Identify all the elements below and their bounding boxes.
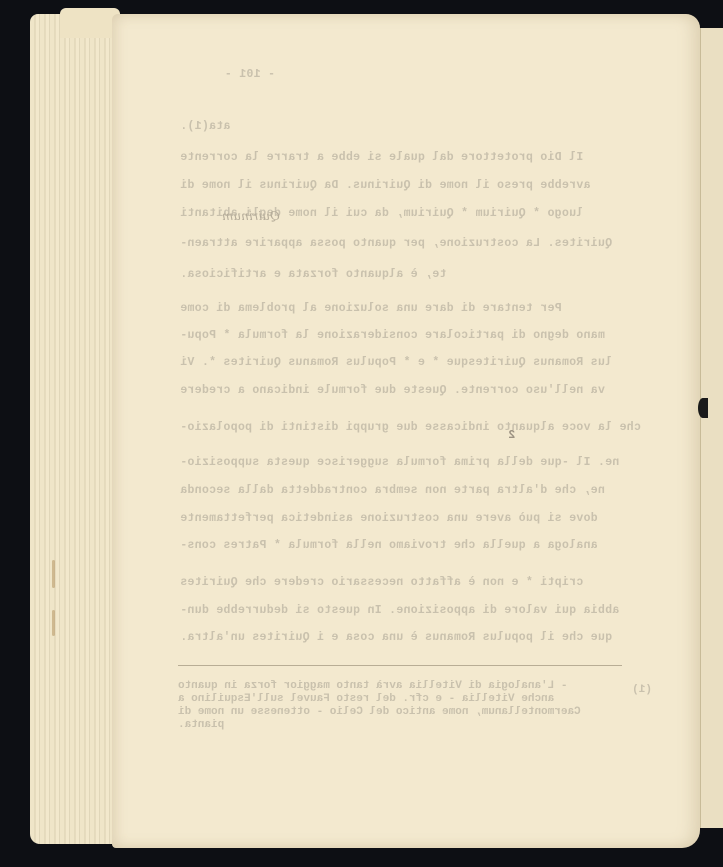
text-line: che la voce alquanto indicasse due grupp… (180, 421, 660, 434)
page-notch (698, 398, 708, 418)
margin-mark: 2 (508, 429, 520, 442)
text-line: cripti * e non è affatto necessario cred… (180, 576, 660, 589)
text-line: Quirites. La costruzione, per quanto pos… (180, 237, 660, 250)
text-line: Per tentare di dare una soluzione al pro… (180, 302, 660, 315)
text-line: avrebbe preso il nome di Quirinus. Da Qu… (180, 179, 660, 192)
foxing-stain (52, 560, 55, 588)
text-line: dove si può avere una costruzione asinde… (180, 512, 660, 525)
text-line: ne, che d'altra parte non sembra contrad… (180, 484, 660, 497)
footnote-line: anche Vitellia - e cfr. del resto Fauvel… (178, 693, 618, 705)
text-line: ata(1). (180, 120, 660, 133)
foxing-stain (52, 610, 55, 636)
handwritten-annotation: Quirinum (222, 209, 280, 223)
footnote-marker: (1) (612, 684, 652, 696)
footnote-line: Caermontellanum, nome antico del Celio -… (178, 706, 618, 718)
footnote-line: - L'analogia di Vitellia avrà tanto magg… (178, 680, 618, 692)
footnote-divider (178, 665, 622, 666)
text-line: va nell'uso corrente. Queste due formule… (180, 384, 660, 397)
adjacent-page-edge (700, 28, 723, 828)
footnote-line: pianta. (178, 719, 618, 731)
text-line: analoga a quella che troviamo nella form… (180, 539, 660, 552)
page-stack-top (60, 8, 120, 38)
text-line: te, è alquanto forzata e artificiosa. (180, 268, 660, 281)
text-line: ne. Il -que della prima formula suggeris… (180, 456, 660, 469)
text-line: Il Dio protettore dal quale si ebbe a tr… (180, 151, 660, 164)
text-line: lus Romanus Quiritesque * e * Populus Ro… (180, 356, 660, 369)
text-line: mano degno di particolare considerazione… (180, 329, 660, 342)
text-line: que che il populus Romanus è una cosa e … (180, 631, 660, 644)
text-line: abbia qui valore di apposizione. In ques… (180, 604, 660, 617)
page-number-header: - 101 - (195, 68, 275, 81)
